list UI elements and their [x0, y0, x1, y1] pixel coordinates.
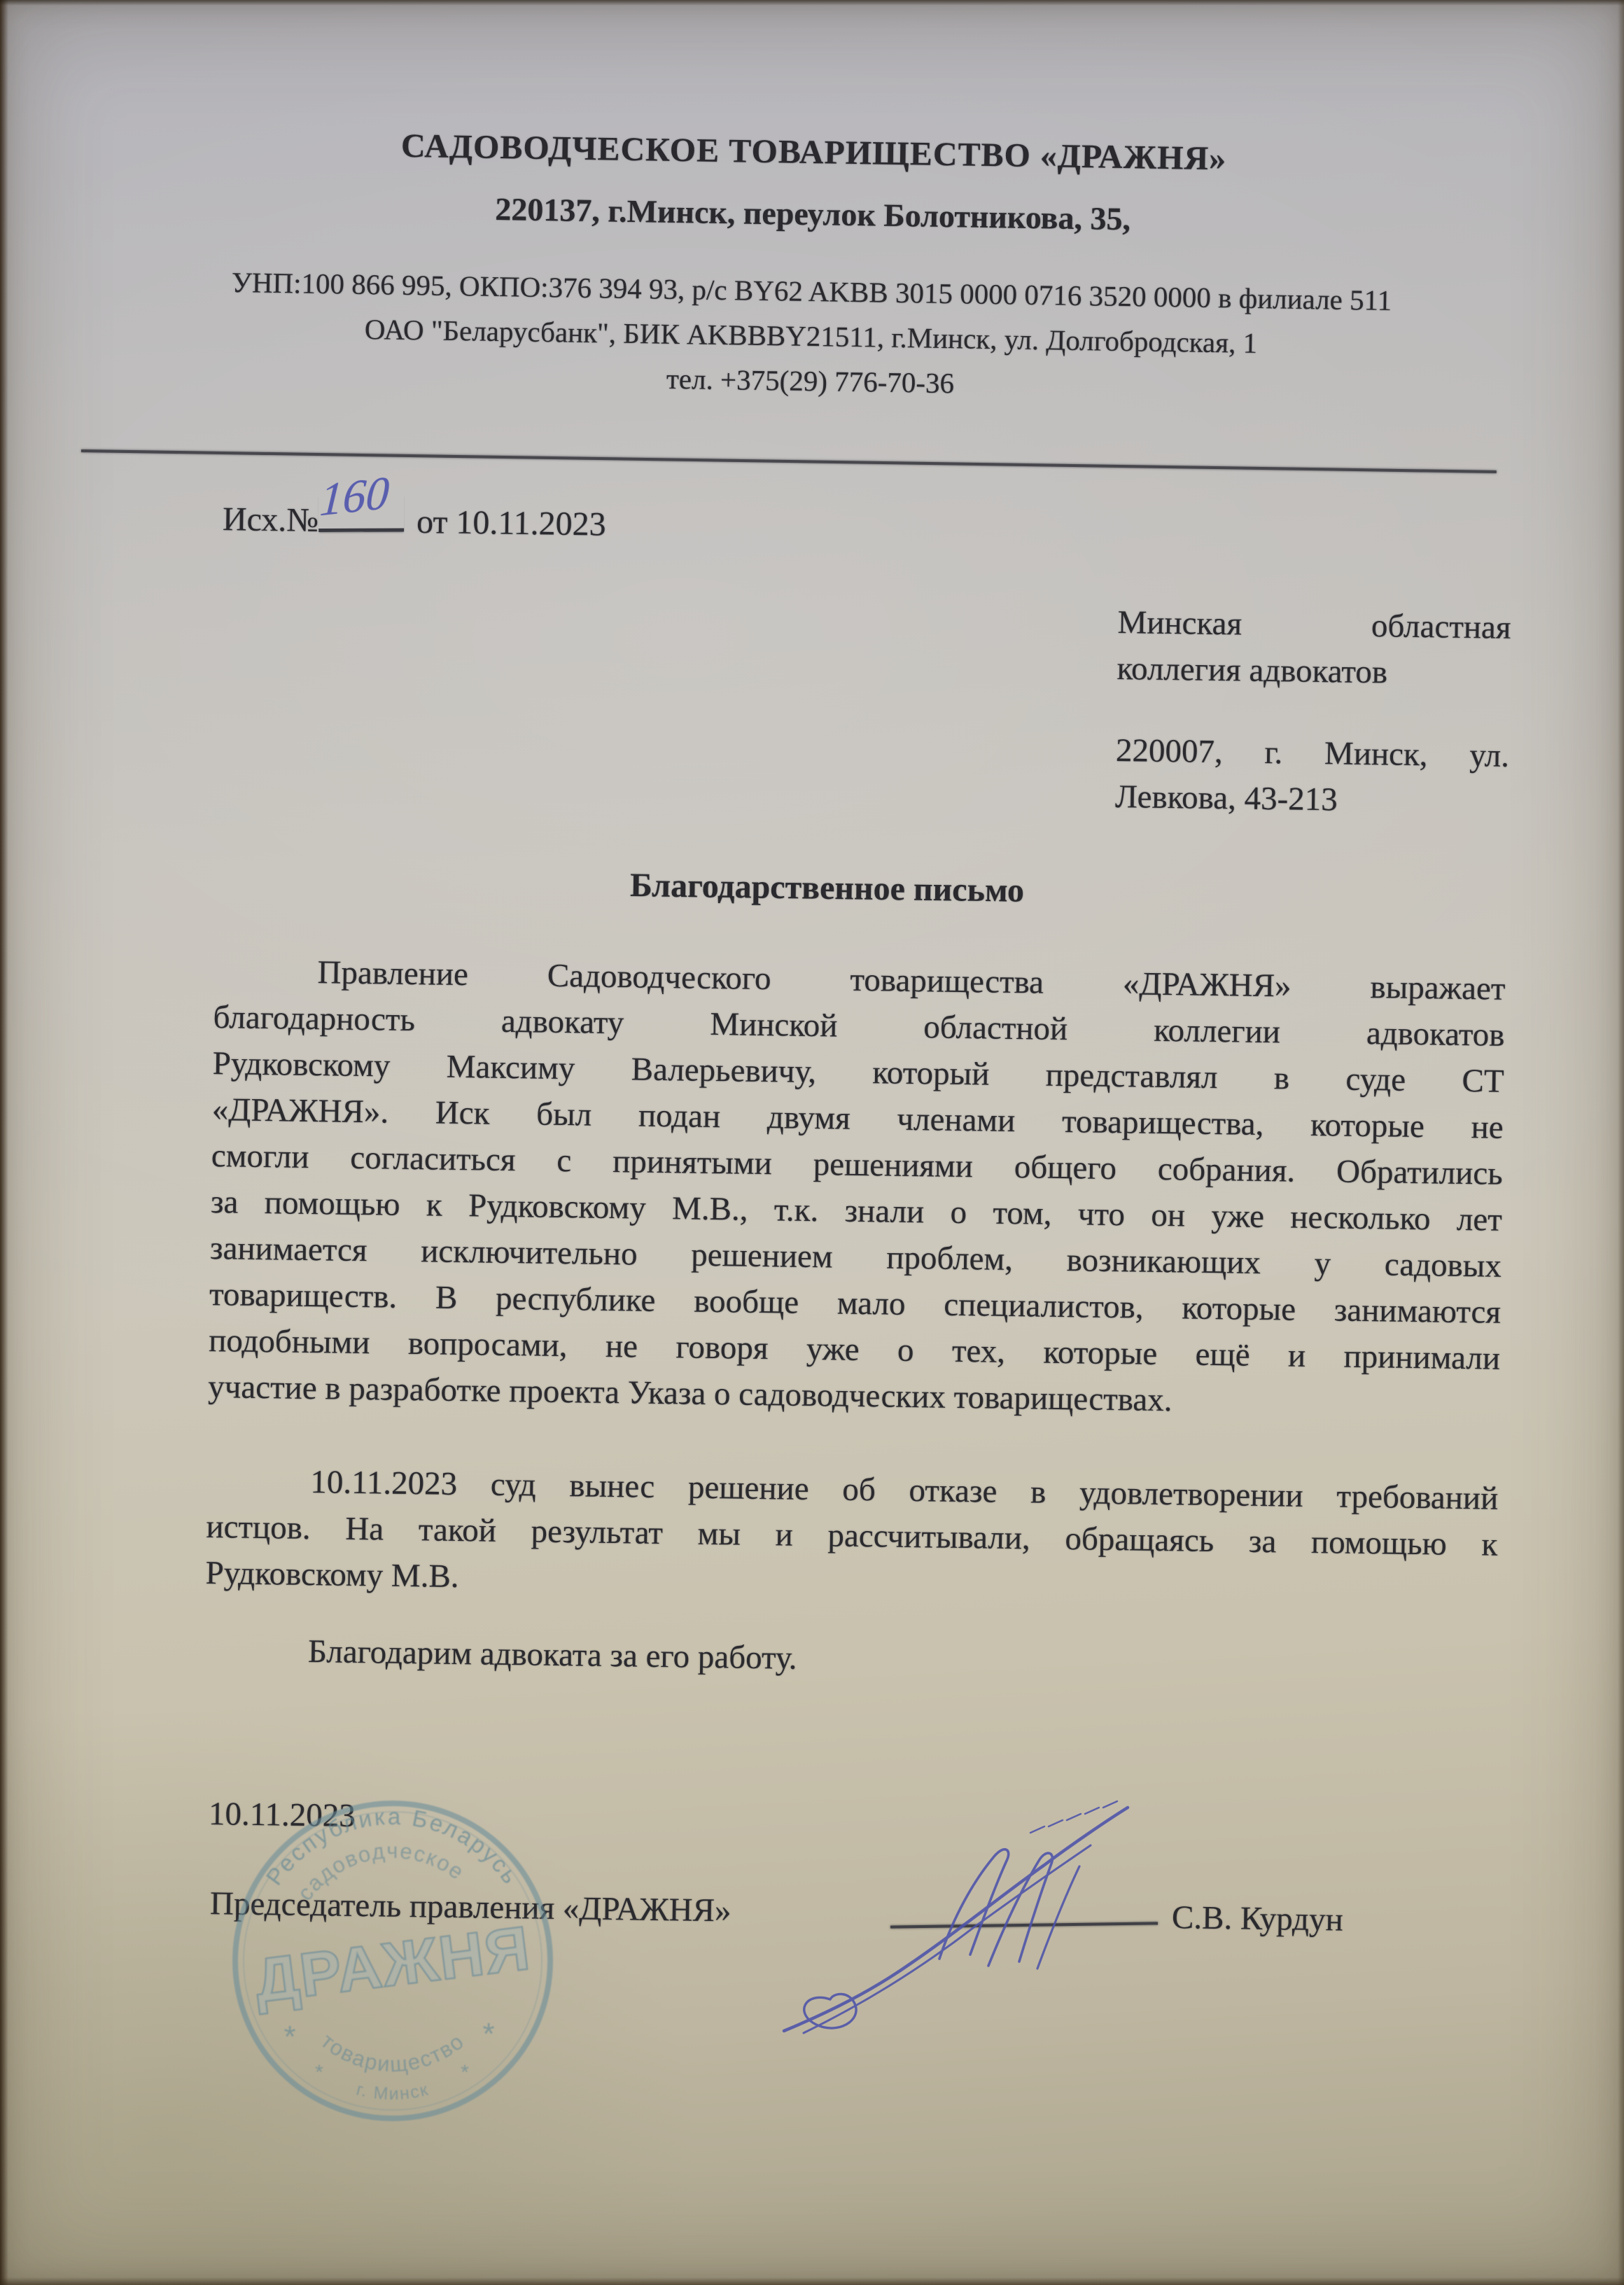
ref-number-underline: 160: [318, 495, 404, 532]
text-line: 220007, г. Минск, ул.: [1116, 727, 1510, 779]
organization-address: 220137, г.Минск, переулок Болотникова, 3…: [1, 183, 1624, 245]
text-line: Минская областная: [1117, 599, 1511, 651]
signer-name: С.В. Курдун: [1172, 1899, 1343, 1938]
letterhead: САДОВОДЧЕСКОЕ ТОВАРИЩЕСТВО «ДРАЖНЯ» 2201…: [0, 120, 1624, 416]
outgoing-reference-row: Исх.№160от 10.11.2023: [223, 493, 607, 544]
stamp-star-small-left-icon: *: [315, 2061, 323, 2084]
handwritten-ref-number: 160: [318, 470, 391, 524]
text-line: Левкова, 43-213: [1115, 774, 1509, 825]
handwritten-signature: [763, 1789, 1155, 2041]
stamp-center-name: ДРАЖНЯ: [251, 1913, 535, 2015]
bank-details: УНП:100 866 995, ОКПО:376 394 93, р/с BY…: [0, 256, 1624, 416]
paragraph: 220007, г. Минск, ул.Левкова, 43-213: [1115, 727, 1510, 825]
stamp-arc-bottom-text: товарищество: [316, 2029, 469, 2077]
stamp-star-small-right-icon: *: [461, 2061, 469, 2084]
ref-suffix: от 10.11.2023: [416, 503, 606, 543]
stamp-city-text: г. Минск: [354, 2079, 431, 2104]
letter-title: Благодарственное письмо: [183, 860, 1471, 916]
letter-sheet: САДОВОДЧЕСКОЕ ТОВАРИЩЕСТВО «ДРАЖНЯ» 2201…: [0, 0, 1624, 2285]
photo-edge-top: [0, 0, 1624, 6]
stamp-star-left-icon: *: [283, 2020, 295, 2054]
stamp-star-right-icon: *: [482, 2017, 494, 2051]
paragraph: 10.11.2023 суд вынес решение об отказе в…: [205, 1458, 1499, 1614]
organization-name: САДОВОДЧЕСКОЕ ТОВАРИЩЕСТВО «ДРАЖНЯ»: [1, 120, 1624, 184]
text-line: Благодарим адвоката за его работу.: [204, 1627, 1497, 1691]
signature-hatch-marks: [1030, 1801, 1117, 1833]
organization-stamp: Республика Беларусь садоводческое ДРАЖНЯ…: [228, 1796, 557, 2125]
paragraph: Минская областнаяколлегия адвокатов: [1116, 599, 1511, 697]
ref-prefix: Исх.№: [223, 501, 319, 539]
paragraph: Правление Садоводческого товарищества «Д…: [208, 948, 1506, 1428]
letter-body: Правление Садоводческого товарищества «Д…: [204, 948, 1506, 1691]
text-line: коллегия адвокатов: [1116, 645, 1511, 697]
paragraph: Благодарим адвоката за его работу.: [204, 1627, 1497, 1691]
photo-edge-bottom: [0, 2277, 1624, 2285]
recipient-block: Минская областнаяколлегия адвокатов22000…: [1115, 599, 1511, 825]
letterhead-divider: [81, 449, 1497, 473]
